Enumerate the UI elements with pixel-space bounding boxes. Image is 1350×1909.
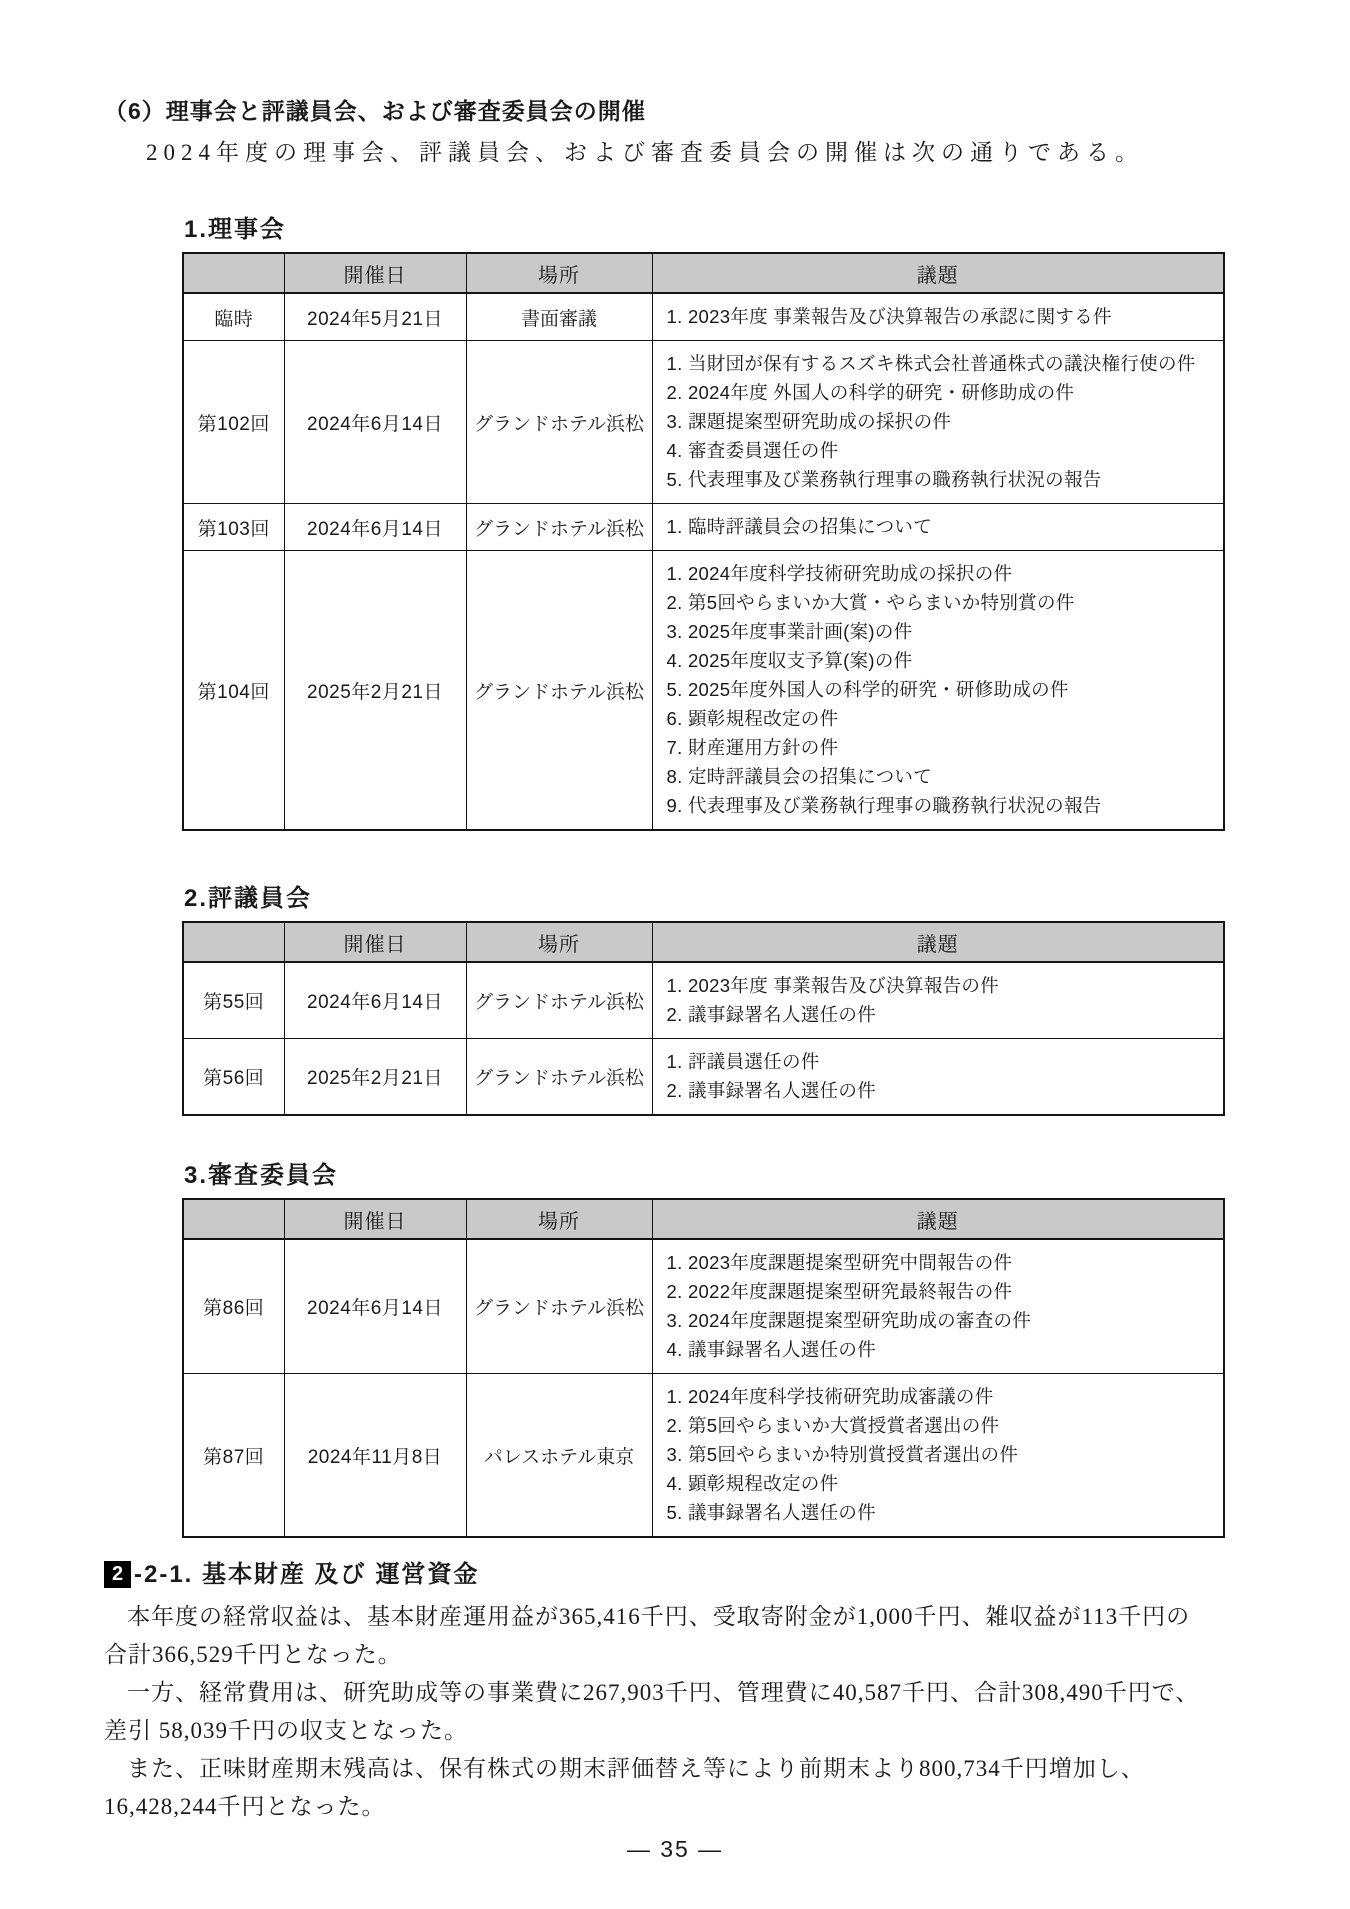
agenda-item: 4. 顕彰規程改定の件	[667, 1469, 1218, 1498]
agenda-cell: 1. 2024年度科学技術研究助成審議の件2. 第5回やらまいか大賞授賞者選出の…	[652, 1374, 1224, 1538]
agenda-item: 5. 議事録署名人選任の件	[667, 1498, 1218, 1527]
section-2-2-1-heading: 2-2-1. 基本財産 及び 運営資金	[104, 1560, 1350, 1590]
session-cell: 第102回	[183, 341, 284, 504]
place-cell: グランドホテル浜松	[466, 551, 652, 831]
date-cell: 2024年6月14日	[284, 1239, 466, 1374]
councillors-section: 2.評議員会 開催日場所議題第55回2024年6月14日グランドホテル浜松1. …	[182, 885, 1223, 1116]
body-paragraph: 一方、経常費用は、研究助成等の事業費に267,903千円、管理費に40,587千…	[104, 1674, 1204, 1750]
agenda-item: 4. 2025年度収支予算(案)の件	[667, 646, 1218, 675]
agenda-item: 9. 代表理事及び業務執行理事の職務執行状況の報告	[667, 791, 1218, 820]
column-header: 場所	[466, 1199, 652, 1239]
table-title-councillors: 2.評議員会	[184, 885, 1223, 913]
agenda-item: 1. 2023年度 事業報告及び決算報告の件	[667, 971, 1218, 1000]
agenda-cell: 1. 2023年度 事業報告及び決算報告の承認に関する件	[652, 293, 1224, 341]
table-row: 第87回2024年11月8日パレスホテル東京1. 2024年度科学技術研究助成審…	[183, 1374, 1224, 1538]
agenda-item: 2. 議事録署名人選任の件	[667, 1076, 1218, 1105]
agenda-item: 1. 2023年度 事業報告及び決算報告の承認に関する件	[667, 302, 1218, 331]
column-header: 開催日	[284, 1199, 466, 1239]
body-paragraph: また、正味財産期末残高は、保有株式の期末評価替え等により前期末より800,734…	[104, 1750, 1204, 1826]
agenda-item: 5. 代表理事及び業務執行理事の職務執行状況の報告	[667, 465, 1218, 494]
agenda-item: 2. 議事録署名人選任の件	[667, 1000, 1218, 1029]
session-cell: 第87回	[183, 1374, 284, 1538]
place-cell: グランドホテル浜松	[466, 962, 652, 1039]
agenda-item: 4. 議事録署名人選任の件	[667, 1335, 1218, 1364]
agenda-item: 2. 2024年度 外国人の科学的研究・研修助成の件	[667, 378, 1218, 407]
column-header	[183, 922, 284, 962]
councillors-meetings-table: 開催日場所議題第55回2024年6月14日グランドホテル浜松1. 2023年度 …	[182, 921, 1225, 1116]
session-cell: 第86回	[183, 1239, 284, 1374]
agenda-item: 1. 2024年度科学技術研究助成審議の件	[667, 1382, 1218, 1411]
column-header	[183, 1199, 284, 1239]
date-cell: 2024年6月14日	[284, 341, 466, 504]
table-row: 第104回2025年2月21日グランドホテル浜松1. 2024年度科学技術研究助…	[183, 551, 1224, 831]
table-title-board: 1.理事会	[184, 216, 1223, 244]
table-row: 第86回2024年6月14日グランドホテル浜松1. 2023年度課題提案型研究中…	[183, 1239, 1224, 1374]
agenda-cell: 1. 臨時評議員会の招集について	[652, 504, 1224, 551]
date-cell: 2024年6月14日	[284, 504, 466, 551]
table-header-row: 開催日場所議題	[183, 1199, 1224, 1239]
date-cell: 2024年11月8日	[284, 1374, 466, 1538]
agenda-item: 1. 当財団が保有するスズキ株式会社普通株式の議決権行使の件	[667, 349, 1218, 378]
column-header: 議題	[652, 1199, 1224, 1239]
column-header: 開催日	[284, 253, 466, 293]
session-cell: 第103回	[183, 504, 284, 551]
place-cell: グランドホテル浜松	[466, 504, 652, 551]
agenda-item: 7. 財産運用方針の件	[667, 733, 1218, 762]
agenda-item: 1. 2023年度課題提案型研究中間報告の件	[667, 1248, 1218, 1277]
agenda-cell: 1. 2023年度課題提案型研究中間報告の件2. 2022年度課題提案型研究最終…	[652, 1239, 1224, 1374]
table-row: 第56回2025年2月21日グランドホテル浜松1. 評議員選任の件2. 議事録署…	[183, 1039, 1224, 1116]
column-header	[183, 253, 284, 293]
table-header-row: 開催日場所議題	[183, 922, 1224, 962]
column-header: 場所	[466, 253, 652, 293]
screening-meetings-table: 開催日場所議題第86回2024年6月14日グランドホテル浜松1. 2023年度課…	[182, 1198, 1225, 1538]
agenda-item: 4. 審査委員選任の件	[667, 436, 1218, 465]
session-cell: 第55回	[183, 962, 284, 1039]
table-row: 第102回2024年6月14日グランドホテル浜松1. 当財団が保有するスズキ株式…	[183, 341, 1224, 504]
column-header: 議題	[652, 253, 1224, 293]
screening-committee-section: 3.審査委員会 開催日場所議題第86回2024年6月14日グランドホテル浜松1.…	[182, 1162, 1223, 1538]
agenda-item: 6. 顕彰規程改定の件	[667, 704, 1218, 733]
section-number-box: 2	[104, 1561, 131, 1588]
financial-summary-paragraphs: 本年度の経常収益は、基本財産運用益が365,416千円、受取寄附金が1,000千…	[104, 1598, 1204, 1826]
place-cell: グランドホテル浜松	[466, 341, 652, 504]
table-row: 臨時2024年5月21日書面審議1. 2023年度 事業報告及び決算報告の承認に…	[183, 293, 1224, 341]
agenda-cell: 1. 当財団が保有するスズキ株式会社普通株式の議決権行使の件2. 2024年度 …	[652, 341, 1224, 504]
board-of-directors-section: 1.理事会 開催日場所議題臨時2024年5月21日書面審議1. 2023年度 事…	[182, 216, 1223, 831]
document-page: （6）理事会と評議員会、および審査委員会の開催 2024年度の理事会、評議員会、…	[0, 0, 1350, 1909]
date-cell: 2024年6月14日	[284, 962, 466, 1039]
agenda-item: 8. 定時評議員会の招集について	[667, 762, 1218, 791]
board-meetings-table: 開催日場所議題臨時2024年5月21日書面審議1. 2023年度 事業報告及び決…	[182, 252, 1225, 831]
intro-paragraph: 2024年度の理事会、評議員会、および審査委員会の開催は次の通りである。	[146, 138, 1350, 168]
table-title-screening: 3.審査委員会	[184, 1162, 1223, 1190]
agenda-cell: 1. 2024年度科学技術研究助成の採択の件2. 第5回やらまいか大賞・やらまい…	[652, 551, 1224, 831]
date-cell: 2025年2月21日	[284, 551, 466, 831]
agenda-item: 5. 2025年度外国人の科学的研究・研修助成の件	[667, 675, 1218, 704]
agenda-item: 3. 2024年度課題提案型研究助成の審査の件	[667, 1306, 1218, 1335]
agenda-item: 3. 第5回やらまいか特別賞授賞者選出の件	[667, 1440, 1218, 1469]
agenda-item: 1. 評議員選任の件	[667, 1047, 1218, 1076]
session-cell: 臨時	[183, 293, 284, 341]
date-cell: 2025年2月21日	[284, 1039, 466, 1116]
agenda-item: 1. 2024年度科学技術研究助成の採択の件	[667, 559, 1218, 588]
table-row: 第103回2024年6月14日グランドホテル浜松1. 臨時評議員会の招集について	[183, 504, 1224, 551]
session-cell: 第56回	[183, 1039, 284, 1116]
place-cell: グランドホテル浜松	[466, 1239, 652, 1374]
page-number: — 35 —	[0, 1836, 1350, 1863]
table-row: 第55回2024年6月14日グランドホテル浜松1. 2023年度 事業報告及び決…	[183, 962, 1224, 1039]
column-header: 場所	[466, 922, 652, 962]
place-cell: グランドホテル浜松	[466, 1039, 652, 1116]
agenda-item: 3. 2025年度事業計画(案)の件	[667, 617, 1218, 646]
section-6-heading: （6）理事会と評議員会、および審査委員会の開催	[104, 96, 1350, 126]
column-header: 議題	[652, 922, 1224, 962]
agenda-cell: 1. 2023年度 事業報告及び決算報告の件2. 議事録署名人選任の件	[652, 962, 1224, 1039]
place-cell: 書面審議	[466, 293, 652, 341]
section-2-2-1-title-text: -2-1. 基本財産 及び 運営資金	[134, 1561, 479, 1588]
agenda-item: 2. 第5回やらまいか大賞授賞者選出の件	[667, 1411, 1218, 1440]
date-cell: 2024年5月21日	[284, 293, 466, 341]
agenda-cell: 1. 評議員選任の件2. 議事録署名人選任の件	[652, 1039, 1224, 1116]
column-header: 開催日	[284, 922, 466, 962]
place-cell: パレスホテル東京	[466, 1374, 652, 1538]
table-header-row: 開催日場所議題	[183, 253, 1224, 293]
agenda-item: 1. 臨時評議員会の招集について	[667, 512, 1218, 541]
session-cell: 第104回	[183, 551, 284, 831]
agenda-item: 2. 2022年度課題提案型研究最終報告の件	[667, 1277, 1218, 1306]
agenda-item: 3. 課題提案型研究助成の採択の件	[667, 407, 1218, 436]
body-paragraph: 本年度の経常収益は、基本財産運用益が365,416千円、受取寄附金が1,000千…	[104, 1598, 1204, 1674]
agenda-item: 2. 第5回やらまいか大賞・やらまいか特別賞の件	[667, 588, 1218, 617]
